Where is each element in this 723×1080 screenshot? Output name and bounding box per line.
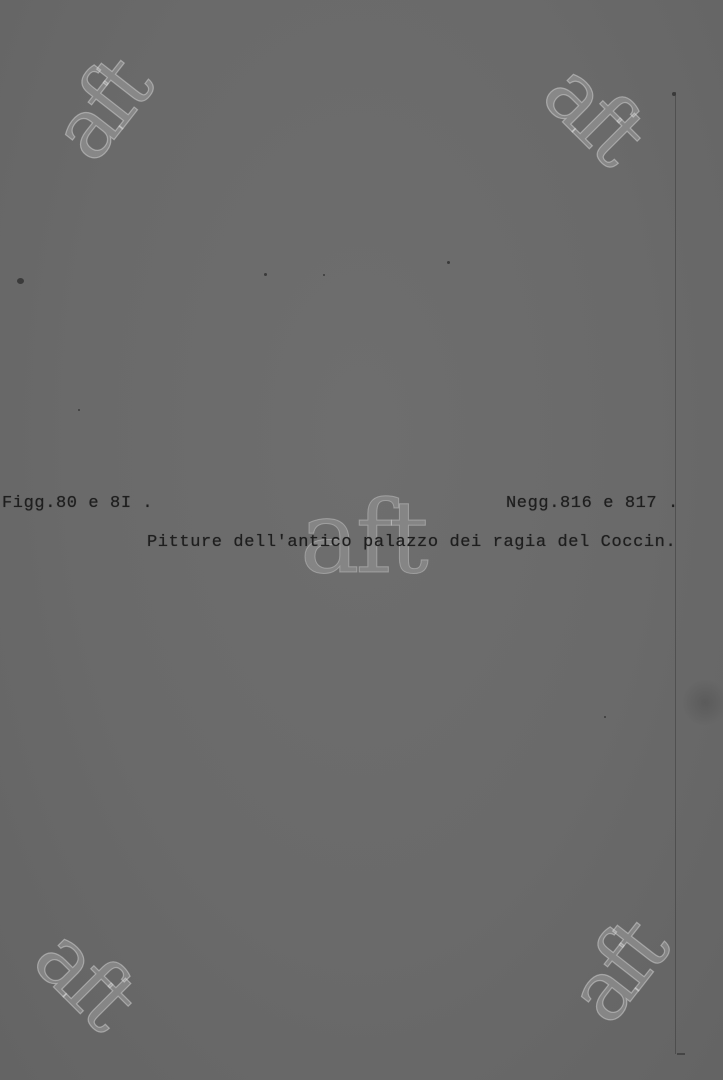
- paper-stain: [680, 680, 723, 725]
- figure-reference: Figg.80 e 8I .: [2, 494, 153, 513]
- watermark-bottom-right: aft: [554, 908, 680, 1036]
- dust-speck: [78, 409, 80, 411]
- dust-speck: [447, 261, 450, 264]
- dust-speck: [264, 273, 267, 276]
- dust-speck: [672, 92, 676, 96]
- watermark-top-left: aft: [38, 46, 164, 174]
- card-edge-line: [675, 92, 676, 1054]
- watermark-top-right: aft: [529, 48, 657, 176]
- caption: Pitture dell'antico palazzo dei ragia de…: [147, 533, 676, 552]
- watermark-bottom-left: aft: [20, 913, 148, 1041]
- dust-speck: [323, 274, 325, 276]
- negative-reference: Negg.816 e 817 .: [506, 494, 679, 513]
- scanned-card: aft aft aft aft aft Figg.80 e 8I . Negg.…: [0, 0, 723, 1080]
- card-edge-mark: [677, 1053, 685, 1055]
- dust-speck: [17, 278, 24, 284]
- dust-speck: [604, 716, 606, 718]
